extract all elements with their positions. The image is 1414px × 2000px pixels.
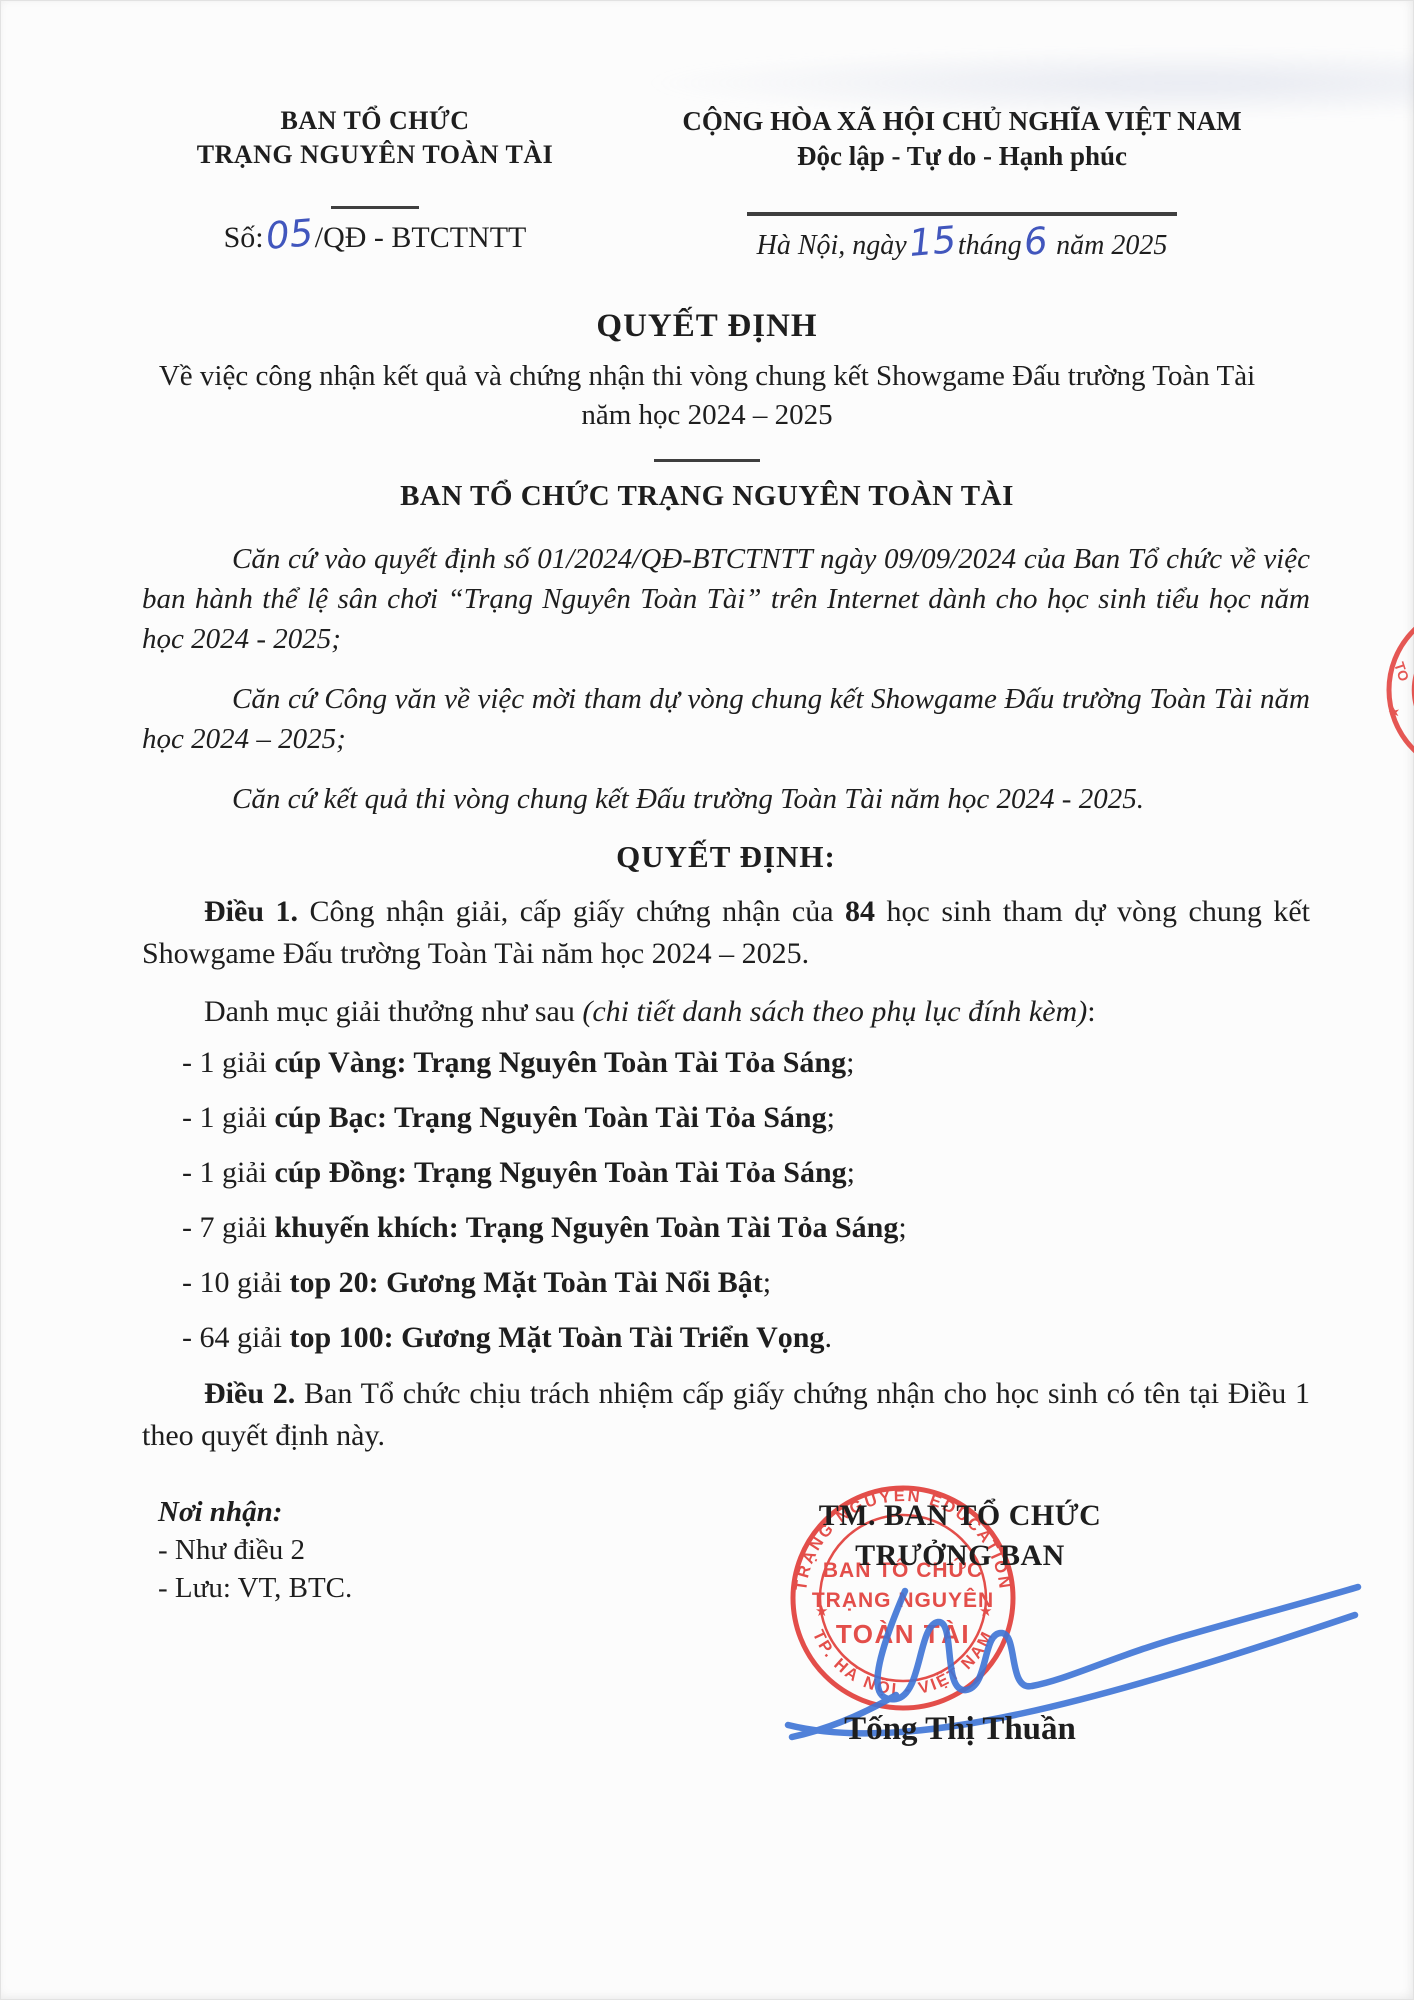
awards-intro-note: (chi tiết danh sách theo phụ lục đính kè… (582, 995, 1087, 1028)
article-2-text: Ban Tổ chức chịu trách nhiệm cấp giấy ch… (142, 1377, 1310, 1452)
award-prefix: - 1 giải (182, 1046, 274, 1079)
list-item: - 64 giải top 100: Gương Mặt Toàn Tài Tr… (182, 1318, 1310, 1358)
recital-3: Căn cứ kết quả thi vòng chung kết Đấu tr… (142, 779, 1310, 819)
issuer-block: BAN TỔ CHỨC TRẠNG NGUYÊN TOÀN TÀI Số:05/… (140, 104, 610, 262)
issuer-line1: BAN TỔ CHỨC (140, 104, 610, 138)
handwritten-number: 05 (265, 223, 314, 247)
title-divider (654, 459, 760, 463)
document-header: BAN TỔ CHỨC TRẠNG NGUYÊN TOÀN TÀI Số:05/… (0, 0, 1414, 262)
award-title: top 100: Gương Mặt Toàn Tài Triển Vọng (289, 1321, 824, 1354)
date-year: năm 2025 (1056, 230, 1167, 261)
award-suffix: ; (898, 1211, 906, 1244)
award-title: cúp Bạc: Trạng Nguyên Toàn Tài Tỏa Sáng (274, 1101, 826, 1134)
date-prefix: Hà Nội, ngày (757, 230, 907, 261)
list-item: - 1 giải cúp Bạc: Trạng Nguyên Toàn Tài … (182, 1098, 1310, 1138)
place-date-line: Hà Nội, ngày15tháng6 năm 2025 (610, 230, 1314, 262)
awards-intro: Danh mục giải thưởng như sau (chi tiết d… (142, 991, 1310, 1033)
award-suffix: . (825, 1321, 833, 1354)
recital-2: Căn cứ Công văn về việc mời tham dự vòng… (142, 679, 1310, 759)
document-body: Căn cứ vào quyết định số 01/2024/QĐ-BTCT… (142, 539, 1310, 1457)
recital-1: Căn cứ vào quyết định số 01/2024/QĐ-BTCT… (142, 539, 1310, 659)
number-prefix: Số: (224, 221, 264, 254)
org-heading: BAN TỔ CHỨC TRẠNG NGUYÊN TOÀN TÀI (0, 480, 1414, 513)
award-suffix: ; (763, 1266, 771, 1299)
award-prefix: - 1 giải (182, 1156, 274, 1189)
document-title: QUYẾT ĐỊNH (0, 308, 1414, 345)
national-line1: CỘNG HÒA XÃ HỘI CHỦ NGHĨA VIỆT NAM (610, 104, 1314, 139)
award-suffix: ; (846, 1046, 854, 1079)
awards-list: - 1 giải cúp Vàng: Trạng Nguyên Toàn Tài… (142, 1043, 1310, 1358)
recipient-item: - Lưu: VT, BTC. (158, 1569, 352, 1607)
article-2-label: Điều 2. (204, 1377, 295, 1410)
award-prefix: - 7 giải (182, 1211, 274, 1244)
star-icon: ★ (1387, 705, 1402, 722)
handwritten-month: 6 (1023, 231, 1048, 253)
award-prefix: - 64 giải (182, 1321, 289, 1354)
subtitle-line1: Về việc công nhận kết quả và chứng nhận … (159, 360, 1255, 392)
subtitle-line2: năm học 2024 – 2025 (581, 399, 832, 431)
list-item: - 10 giải top 20: Gương Mặt Toàn Tài Nổi… (182, 1263, 1310, 1303)
recipients-title: Nơi nhận: (158, 1493, 352, 1531)
signature-on-behalf: TM. BAN TỔ CHỨC (640, 1499, 1280, 1533)
edge-stamp-text-fragment: TO (1391, 660, 1412, 683)
document-subtitle: Về việc công nhận kết quả và chứng nhận … (0, 357, 1414, 435)
list-item: - 1 giải cúp Đồng: Trạng Nguyên Toàn Tài… (182, 1153, 1310, 1193)
article-1-text-before: Công nhận giải, cấp giấy chứng nhận của (298, 895, 845, 928)
article-1: Điều 1. Công nhận giải, cấp giấy chứng n… (142, 891, 1310, 975)
recipient-item: - Như điều 2 (158, 1531, 352, 1569)
award-prefix: - 10 giải (182, 1266, 289, 1299)
recipients-block: Nơi nhận: - Như điều 2 - Lưu: VT, BTC. (158, 1493, 352, 1607)
partial-edge-stamp: TO ★ (1372, 612, 1414, 777)
decision-heading: QUYẾT ĐỊNH: (142, 839, 1310, 875)
handwritten-day: 15 (908, 229, 957, 253)
article-1-count: 84 (845, 895, 875, 928)
scanned-decision-document: BAN TỔ CHỨC TRẠNG NGUYÊN TOÀN TÀI Số:05/… (0, 0, 1414, 2000)
award-title: khuyến khích: Trạng Nguyên Toàn Tài Tỏa … (274, 1211, 898, 1244)
award-title: cúp Đồng: Trạng Nguyên Toàn Tài Tỏa Sáng (274, 1156, 846, 1189)
national-motto-block: CỘNG HÒA XÃ HỘI CHỦ NGHĨA VIỆT NAM Độc l… (610, 104, 1314, 262)
award-title: cúp Vàng: Trạng Nguyên Toàn Tài Tỏa Sáng (274, 1046, 846, 1079)
national-line2: Độc lập - Tự do - Hạnh phúc (610, 139, 1314, 174)
list-item: - 7 giải khuyến khích: Trạng Nguyên Toàn… (182, 1208, 1310, 1248)
date-month-label: tháng (958, 230, 1022, 261)
issuer-underline (331, 206, 419, 209)
issuer-line2: TRẠNG NGUYÊN TOÀN TÀI (140, 138, 610, 172)
awards-intro-colon: : (1087, 995, 1095, 1028)
award-title: top 20: Gương Mặt Toàn Tài Nổi Bật (289, 1266, 762, 1299)
article-1-label: Điều 1. (204, 895, 298, 928)
document-number-line: Số:05/QĐ - BTCTNTT (140, 221, 610, 255)
awards-intro-text: Danh mục giải thưởng như sau (204, 995, 582, 1028)
list-item: - 1 giải cúp Vàng: Trạng Nguyên Toàn Tài… (182, 1043, 1310, 1083)
motto-underline (747, 212, 1177, 216)
number-suffix: /QĐ - BTCTNTT (315, 221, 527, 254)
edge-stamp-outer-ring (1389, 612, 1414, 774)
award-suffix: ; (827, 1101, 835, 1134)
award-suffix: ; (847, 1156, 855, 1189)
article-2: Điều 2. Ban Tổ chức chịu trách nhiệm cấp… (142, 1373, 1310, 1457)
award-prefix: - 1 giải (182, 1101, 274, 1134)
signature-loops-stroke (878, 1587, 1358, 1699)
document-footer: Nơi nhận: - Như điều 2 - Lưu: VT, BTC. T… (0, 1493, 1414, 1973)
signer-name: Tống Thị Thuần (640, 1711, 1280, 1748)
